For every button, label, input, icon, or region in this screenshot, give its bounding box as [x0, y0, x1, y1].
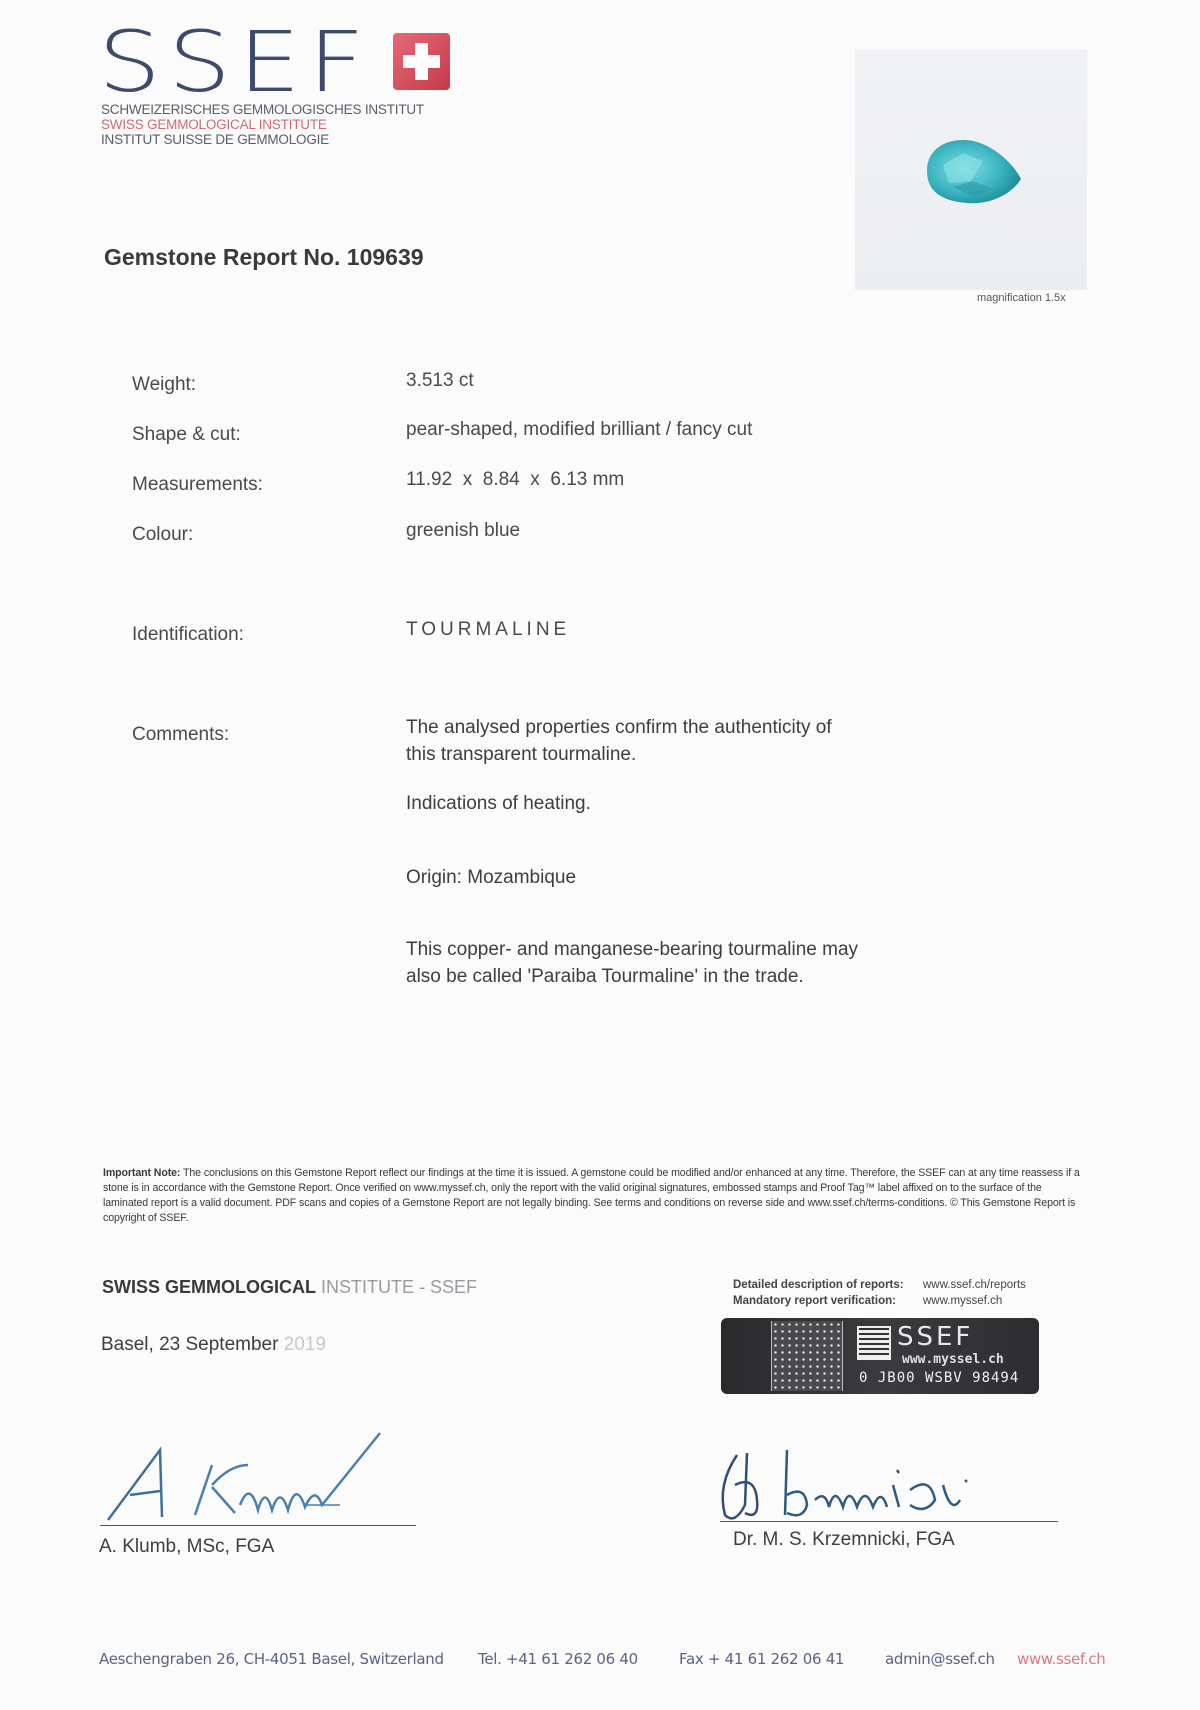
- proof-tag-logo: SSEF: [897, 1322, 973, 1352]
- swiss-cross-icon: [393, 33, 450, 90]
- signatory-krzemnicki: Dr. M. S. Krzemnicki, FGA: [733, 1529, 955, 1551]
- issuing-institute-faded: INSTITUTE - SSEF: [316, 1277, 477, 1297]
- ssef-wordmark: SSEF: [98, 20, 372, 104]
- comment-paraiba: This copper- and manganese-bearing tourm…: [406, 936, 876, 990]
- issuing-institute: SWISS GEMMOLOGICAL INSTITUTE - SSEF: [102, 1277, 477, 1298]
- comment-authenticity: The analysed properties confirm the auth…: [406, 714, 846, 768]
- proof-tag-url: www.myssel.ch: [902, 1352, 1004, 1367]
- datamatrix-code-icon: [859, 1328, 889, 1358]
- signature-klumb-icon: [100, 1425, 420, 1525]
- signatory-klumb: A. Klumb, MSc, FGA: [99, 1536, 274, 1558]
- institute-name-de: SCHWEIZERISCHES GEMMOLOGISCHES INSTITUT: [101, 103, 424, 117]
- reports-link[interactable]: www.ssef.ch/reports: [923, 1279, 1026, 1291]
- verify-link-label: Mandatory report verification:: [733, 1293, 923, 1309]
- weight-value: 3.513 ct: [406, 370, 474, 392]
- institute-name-fr: INSTITUT SUISSE DE GEMMOLOGIE: [101, 133, 329, 147]
- identification-value: TOURMALINE: [406, 619, 570, 641]
- shape-cut-label: Shape & cut:: [132, 424, 241, 446]
- security-pattern-icon: [771, 1321, 843, 1391]
- pear-gem-icon: [923, 135, 1023, 207]
- footer-email[interactable]: admin@ssef.ch: [885, 1650, 995, 1668]
- magnification-caption: magnification 1.5x: [977, 292, 1066, 304]
- report-links: Detailed description of reports:www.ssef…: [733, 1277, 1026, 1309]
- identification-label: Identification:: [132, 624, 244, 646]
- issue-date: Basel, 23 September 2019: [101, 1334, 326, 1356]
- weight-label: Weight:: [132, 374, 196, 396]
- footer-telephone: Tel. +41 61 262 06 40: [478, 1650, 638, 1668]
- measurements-label: Measurements:: [132, 474, 263, 496]
- footer-fax: Fax + 41 61 262 06 41: [679, 1650, 844, 1668]
- verify-link[interactable]: www.myssef.ch: [923, 1295, 1002, 1307]
- comment-origin: Origin: Mozambique: [406, 864, 926, 891]
- proof-tag-code: 0 JB00 WSBV 98494: [859, 1370, 1019, 1386]
- important-note: Important Note: The conclusions on this …: [103, 1166, 1083, 1226]
- place-date: Basel, 23 September: [101, 1334, 278, 1355]
- proof-tag-label: SSEF www.myssel.ch 0 JB00 WSBV 98494: [721, 1318, 1039, 1394]
- signature-line-left: [100, 1525, 416, 1526]
- measurements-value: 11.92 x 8.84 x 6.13 mm: [406, 469, 624, 491]
- comment-heating: Indications of heating.: [406, 790, 926, 817]
- reports-link-label: Detailed description of reports:: [733, 1277, 923, 1293]
- issuing-institute-name: SWISS GEMMOLOGICAL: [102, 1277, 316, 1297]
- comments-label: Comments:: [132, 724, 229, 746]
- important-note-heading: Important Note:: [103, 1167, 180, 1179]
- important-note-text: The conclusions on this Gemstone Report …: [103, 1167, 1080, 1224]
- signature-krzemnicki-icon: [715, 1445, 1035, 1525]
- colour-label: Colour:: [132, 524, 193, 546]
- footer-address: Aeschengraben 26, CH-4051 Basel, Switzer…: [99, 1650, 444, 1668]
- colour-value: greenish blue: [406, 520, 520, 542]
- signature-line-right: [720, 1521, 1058, 1522]
- shape-cut-value: pear-shaped, modified brilliant / fancy …: [406, 419, 752, 441]
- date-year: 2019: [278, 1334, 326, 1355]
- footer-website[interactable]: www.ssef.ch: [1017, 1650, 1105, 1668]
- report-title: Gemstone Report No. 109639: [104, 244, 424, 271]
- institute-name-en: SWISS GEMMOLOGICAL INSTITUTE: [101, 118, 327, 132]
